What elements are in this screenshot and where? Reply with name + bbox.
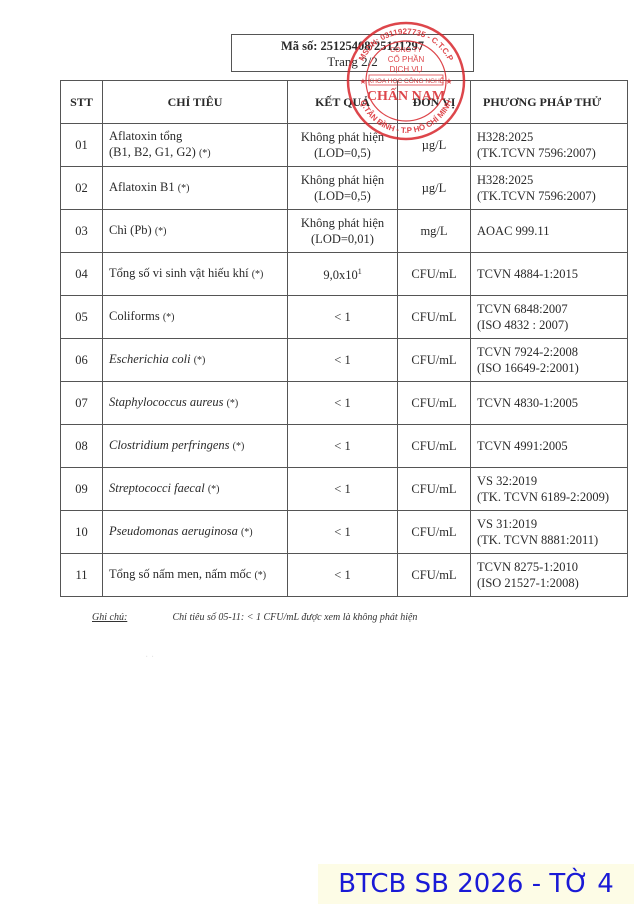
result-lod: (LOD=0,5) — [314, 146, 371, 160]
method-reference: (ISO 4832 : 2007) — [477, 318, 568, 332]
faint-scan-artifact: · · — [145, 652, 154, 663]
result-value: < 1 — [334, 568, 350, 582]
accreditation-mark: (*) — [233, 441, 245, 452]
indicator-name: Streptococci faecal — [109, 481, 205, 495]
cell-indicator: Tổng số nấm men, nấm mốc (*) — [103, 554, 288, 597]
cell-result: Không phát hiện(LOD=0,5) — [288, 124, 398, 167]
document-code-box: Mã số: 25125408/25121297 Trang 2/2 — [231, 34, 474, 72]
row-number: 03 — [75, 224, 88, 238]
result-value: < 1 — [334, 396, 350, 410]
result-value: < 1 — [334, 482, 350, 496]
method-standard: H328:2025 — [477, 130, 533, 144]
accreditation-mark: (*) — [254, 570, 266, 581]
accreditation-mark: (*) — [208, 484, 220, 495]
cell-stt: 08 — [61, 425, 103, 468]
unit-value: CFU/mL — [411, 525, 456, 539]
table-row: 01Aflatoxin tổng(B1, B2, G1, G2) (*)Khôn… — [61, 124, 628, 167]
table-row: 05Coliforms (*)< 1CFU/mLTCVN 6848:2007(I… — [61, 296, 628, 339]
unit-value: CFU/mL — [411, 568, 456, 582]
header-method: PHƯƠNG PHÁP THỬ — [471, 81, 628, 124]
accreditation-mark: (*) — [252, 269, 264, 280]
indicator-name: Escherichia coli — [109, 352, 191, 366]
cell-indicator: Aflatoxin B1 (*) — [103, 167, 288, 210]
cell-unit: µg/L — [398, 167, 471, 210]
cell-result: < 1 — [288, 339, 398, 382]
unit-value: µg/L — [422, 181, 447, 195]
cell-indicator: Pseudomonas aeruginosa (*) — [103, 511, 288, 554]
header-result: KẾT QUẢ — [288, 81, 398, 124]
row-number: 05 — [75, 310, 88, 324]
cell-result: < 1 — [288, 468, 398, 511]
cell-result: < 1 — [288, 425, 398, 468]
row-number: 06 — [75, 353, 88, 367]
footnote-label: Ghi chú: — [92, 612, 170, 623]
unit-value: CFU/mL — [411, 310, 456, 324]
method-standard: TCVN 7924-2:2008 — [477, 345, 578, 359]
result-exponent: 1 — [358, 267, 362, 276]
cell-stt: 03 — [61, 210, 103, 253]
cell-result: < 1 — [288, 382, 398, 425]
row-number: 07 — [75, 396, 88, 410]
method-reference: (TK.TCVN 7596:2007) — [477, 189, 596, 203]
cell-indicator: Chì (Pb) (*) — [103, 210, 288, 253]
indicator-name: Pseudomonas aeruginosa — [109, 524, 238, 538]
unit-value: CFU/mL — [411, 439, 456, 453]
result-lod: (LOD=0,01) — [311, 232, 374, 246]
cell-method: AOAC 999.11 — [471, 210, 628, 253]
method-standard: TCVN 4830-1:2005 — [477, 396, 578, 410]
cell-unit: µg/L — [398, 124, 471, 167]
cell-indicator: Tổng số vi sinh vật hiếu khí (*) — [103, 253, 288, 296]
cell-unit: CFU/mL — [398, 339, 471, 382]
method-standard: AOAC 999.11 — [477, 224, 549, 238]
accreditation-mark: (*) — [199, 148, 211, 159]
result-value: < 1 — [334, 353, 350, 367]
accreditation-mark: (*) — [227, 398, 239, 409]
cell-stt: 06 — [61, 339, 103, 382]
row-number: 11 — [75, 568, 87, 582]
method-reference: (TK.TCVN 7596:2007) — [477, 146, 596, 160]
row-number: 10 — [75, 525, 88, 539]
cell-method: VS 31:2019(TK. TCVN 8881:2011) — [471, 511, 628, 554]
document-code: Mã số: 25125408/25121297 — [232, 38, 473, 54]
cell-stt: 04 — [61, 253, 103, 296]
result-value: Không phát hiện — [301, 216, 384, 230]
result-value: Không phát hiện — [301, 130, 384, 144]
cell-stt: 11 — [61, 554, 103, 597]
cell-method: TCVN 4991:2005 — [471, 425, 628, 468]
cell-stt: 10 — [61, 511, 103, 554]
cell-method: H328:2025(TK.TCVN 7596:2007) — [471, 124, 628, 167]
method-standard: VS 31:2019 — [477, 517, 537, 531]
method-standard: VS 32:2019 — [477, 474, 537, 488]
accreditation-mark: (*) — [178, 183, 190, 194]
row-number: 08 — [75, 439, 88, 453]
cell-result: Không phát hiện(LOD=0,5) — [288, 167, 398, 210]
table-row: 03Chì (Pb) (*)Không phát hiện(LOD=0,01)m… — [61, 210, 628, 253]
method-reference: (ISO 16649-2:2001) — [477, 361, 579, 375]
table-row: 09Streptococci faecal (*)< 1CFU/mLVS 32:… — [61, 468, 628, 511]
indicator-name: Aflatoxin tổng — [109, 129, 182, 143]
table-row: 08Clostridium perfringens (*)< 1CFU/mLTC… — [61, 425, 628, 468]
table-row: 02Aflatoxin B1 (*)Không phát hiện(LOD=0,… — [61, 167, 628, 210]
cell-stt: 09 — [61, 468, 103, 511]
accreditation-mark: (*) — [194, 355, 206, 366]
table-row: 11Tổng số nấm men, nấm mốc (*)< 1CFU/mLT… — [61, 554, 628, 597]
results-table: STT CHỈ TIÊU KẾT QUẢ ĐƠN VỊ PHƯƠNG PHÁP … — [60, 80, 628, 597]
indicator-name: Tổng số nấm men, nấm mốc — [109, 567, 251, 581]
method-reference: (TK. TCVN 8881:2011) — [477, 533, 598, 547]
cell-stt: 02 — [61, 167, 103, 210]
cell-method: TCVN 7924-2:2008(ISO 16649-2:2001) — [471, 339, 628, 382]
indicator-name: Staphylococcus aureus — [109, 395, 223, 409]
cell-unit: CFU/mL — [398, 425, 471, 468]
cell-unit: CFU/mL — [398, 511, 471, 554]
unit-value: CFU/mL — [411, 482, 456, 496]
cell-indicator: Streptococci faecal (*) — [103, 468, 288, 511]
unit-value: CFU/mL — [411, 353, 456, 367]
row-number: 09 — [75, 482, 88, 496]
footer-tag: BTCB SB 2026 - TỜ 4 — [318, 864, 634, 904]
indicator-name: Coliforms — [109, 309, 160, 323]
unit-value: mg/L — [420, 224, 447, 238]
cell-result: < 1 — [288, 511, 398, 554]
result-value: < 1 — [334, 439, 350, 453]
cell-result: < 1 — [288, 296, 398, 339]
cell-indicator: Escherichia coli (*) — [103, 339, 288, 382]
row-number: 02 — [75, 181, 88, 195]
cell-unit: CFU/mL — [398, 296, 471, 339]
cell-method: TCVN 8275-1:2010(ISO 21527-1:2008) — [471, 554, 628, 597]
table-row: 07Staphylococcus aureus (*)< 1CFU/mLTCVN… — [61, 382, 628, 425]
cell-unit: CFU/mL — [398, 253, 471, 296]
cell-stt: 07 — [61, 382, 103, 425]
accreditation-mark: (*) — [241, 527, 253, 538]
method-standard: TCVN 4991:2005 — [477, 439, 568, 453]
cell-indicator: Aflatoxin tổng(B1, B2, G1, G2) (*) — [103, 124, 288, 167]
method-reference: (TK. TCVN 6189-2:2009) — [477, 490, 609, 504]
unit-value: µg/L — [422, 138, 447, 152]
page-number: Trang 2/2 — [232, 54, 473, 70]
cell-method: H328:2025(TK.TCVN 7596:2007) — [471, 167, 628, 210]
method-reference: (ISO 21527-1:2008) — [477, 576, 579, 590]
cell-indicator: Clostridium perfringens (*) — [103, 425, 288, 468]
cell-result: Không phát hiện(LOD=0,01) — [288, 210, 398, 253]
table-row: 10Pseudomonas aeruginosa (*)< 1CFU/mLVS … — [61, 511, 628, 554]
indicator-name: Chì (Pb) — [109, 223, 152, 237]
cell-method: TCVN 6848:2007(ISO 4832 : 2007) — [471, 296, 628, 339]
header-indicator: CHỈ TIÊU — [103, 81, 288, 124]
accreditation-mark: (*) — [163, 312, 175, 323]
cell-result: < 1 — [288, 554, 398, 597]
indicator-detail: (B1, B2, G1, G2) — [109, 145, 196, 159]
indicator-name: Tổng số vi sinh vật hiếu khí — [109, 266, 249, 280]
result-value: 9,0x10 — [323, 269, 357, 283]
indicator-name: Clostridium perfringens — [109, 438, 230, 452]
cell-unit: CFU/mL — [398, 554, 471, 597]
method-standard: H328:2025 — [477, 173, 533, 187]
row-number: 04 — [75, 267, 88, 281]
result-value: Không phát hiện — [301, 173, 384, 187]
unit-value: CFU/mL — [411, 396, 456, 410]
row-number: 01 — [75, 138, 88, 152]
cell-stt: 05 — [61, 296, 103, 339]
header-unit: ĐƠN VỊ — [398, 81, 471, 124]
method-standard: TCVN 6848:2007 — [477, 302, 568, 316]
table-body: 01Aflatoxin tổng(B1, B2, G1, G2) (*)Khôn… — [61, 124, 628, 597]
cell-unit: mg/L — [398, 210, 471, 253]
cell-method: TCVN 4884-1:2015 — [471, 253, 628, 296]
result-value: < 1 — [334, 525, 350, 539]
cell-result: 9,0x101 — [288, 253, 398, 296]
header-stt: STT — [61, 81, 103, 124]
cell-method: TCVN 4830-1:2005 — [471, 382, 628, 425]
table-row: 06Escherichia coli (*)< 1CFU/mLTCVN 7924… — [61, 339, 628, 382]
cell-unit: CFU/mL — [398, 468, 471, 511]
unit-value: CFU/mL — [411, 267, 456, 281]
cell-unit: CFU/mL — [398, 382, 471, 425]
table-row: 04Tổng số vi sinh vật hiếu khí (*)9,0x10… — [61, 253, 628, 296]
table-header-row: STT CHỈ TIÊU KẾT QUẢ ĐƠN VỊ PHƯƠNG PHÁP … — [61, 81, 628, 124]
cell-stt: 01 — [61, 124, 103, 167]
result-lod: (LOD=0,5) — [314, 189, 371, 203]
accreditation-mark: (*) — [155, 226, 167, 237]
method-standard: TCVN 4884-1:2015 — [477, 267, 578, 281]
method-standard: TCVN 8275-1:2010 — [477, 560, 578, 574]
cell-indicator: Staphylococcus aureus (*) — [103, 382, 288, 425]
indicator-name: Aflatoxin B1 — [109, 180, 175, 194]
footnote-text: Chỉ tiêu số 05-11: < 1 CFU/mL được xem l… — [173, 612, 418, 623]
footnote: Ghi chú: Chỉ tiêu số 05-11: < 1 CFU/mL đ… — [92, 612, 417, 623]
result-value: < 1 — [334, 310, 350, 324]
cell-indicator: Coliforms (*) — [103, 296, 288, 339]
cell-method: VS 32:2019(TK. TCVN 6189-2:2009) — [471, 468, 628, 511]
